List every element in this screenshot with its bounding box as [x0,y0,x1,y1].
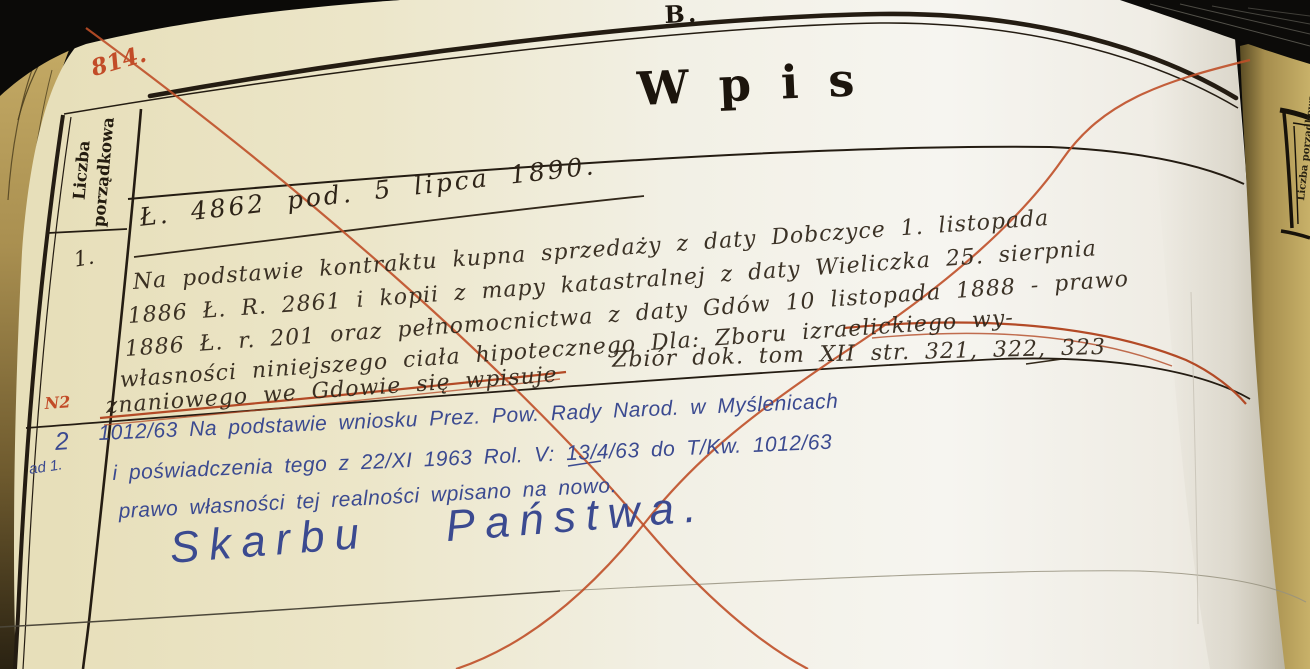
column-header-liczba-porzadkowa: Liczba porządkowa [65,94,142,249]
entry2-margin-note: N2 [44,392,71,413]
entry1-ordinal: 1. [72,245,96,272]
page-title: Wpis [636,51,885,116]
section-letter: B. [664,0,700,29]
register-page-photo: 814. B. Wpis Liczba porządkowa 1. Ł. 486… [0,0,1310,669]
entry2-ordinal: 2 [54,427,70,457]
